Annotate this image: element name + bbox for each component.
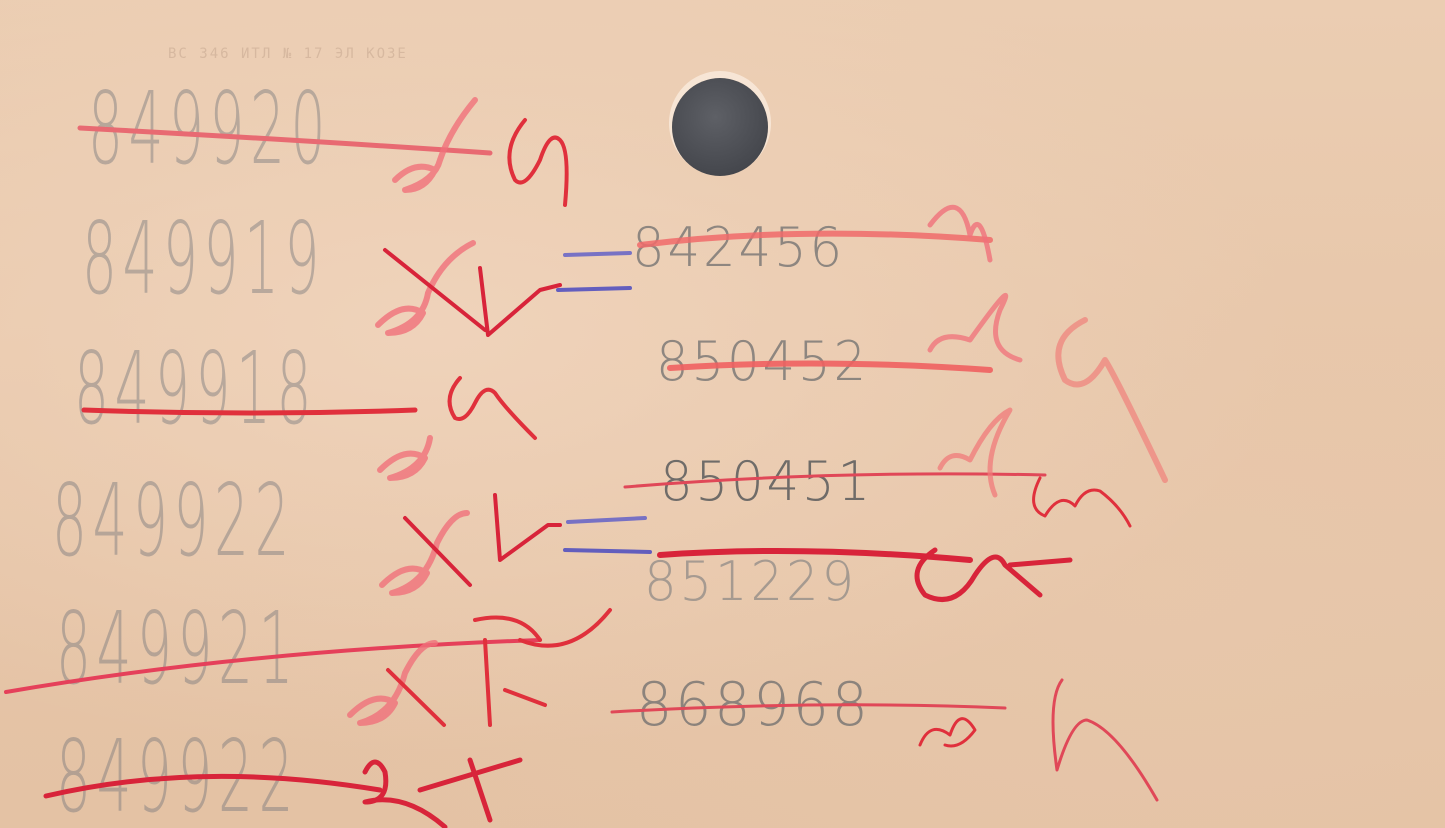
printed-header: ВС 346 ИТЛ № 17 ЭЛ КОЗЕ bbox=[168, 46, 408, 62]
left-number-3: 849918 bbox=[74, 330, 317, 447]
right-number-1: 842456 bbox=[632, 216, 845, 279]
punch-hole bbox=[672, 78, 768, 176]
right-number-3: 850451 bbox=[660, 450, 873, 513]
left-number-2: 849919 bbox=[82, 200, 325, 317]
index-card: ВС 346 ИТЛ № 17 ЭЛ КОЗЕ 849920 849919 84… bbox=[0, 0, 1445, 828]
left-number-4: 849922 bbox=[52, 462, 295, 579]
right-number-5: 868968 bbox=[636, 670, 871, 740]
left-number-5: 849921 bbox=[56, 590, 299, 707]
right-number-2: 850452 bbox=[656, 330, 869, 393]
right-number-4: 851229 bbox=[644, 550, 857, 613]
left-number-6: 849922 bbox=[56, 718, 299, 828]
left-number-1: 849920 bbox=[88, 70, 331, 187]
